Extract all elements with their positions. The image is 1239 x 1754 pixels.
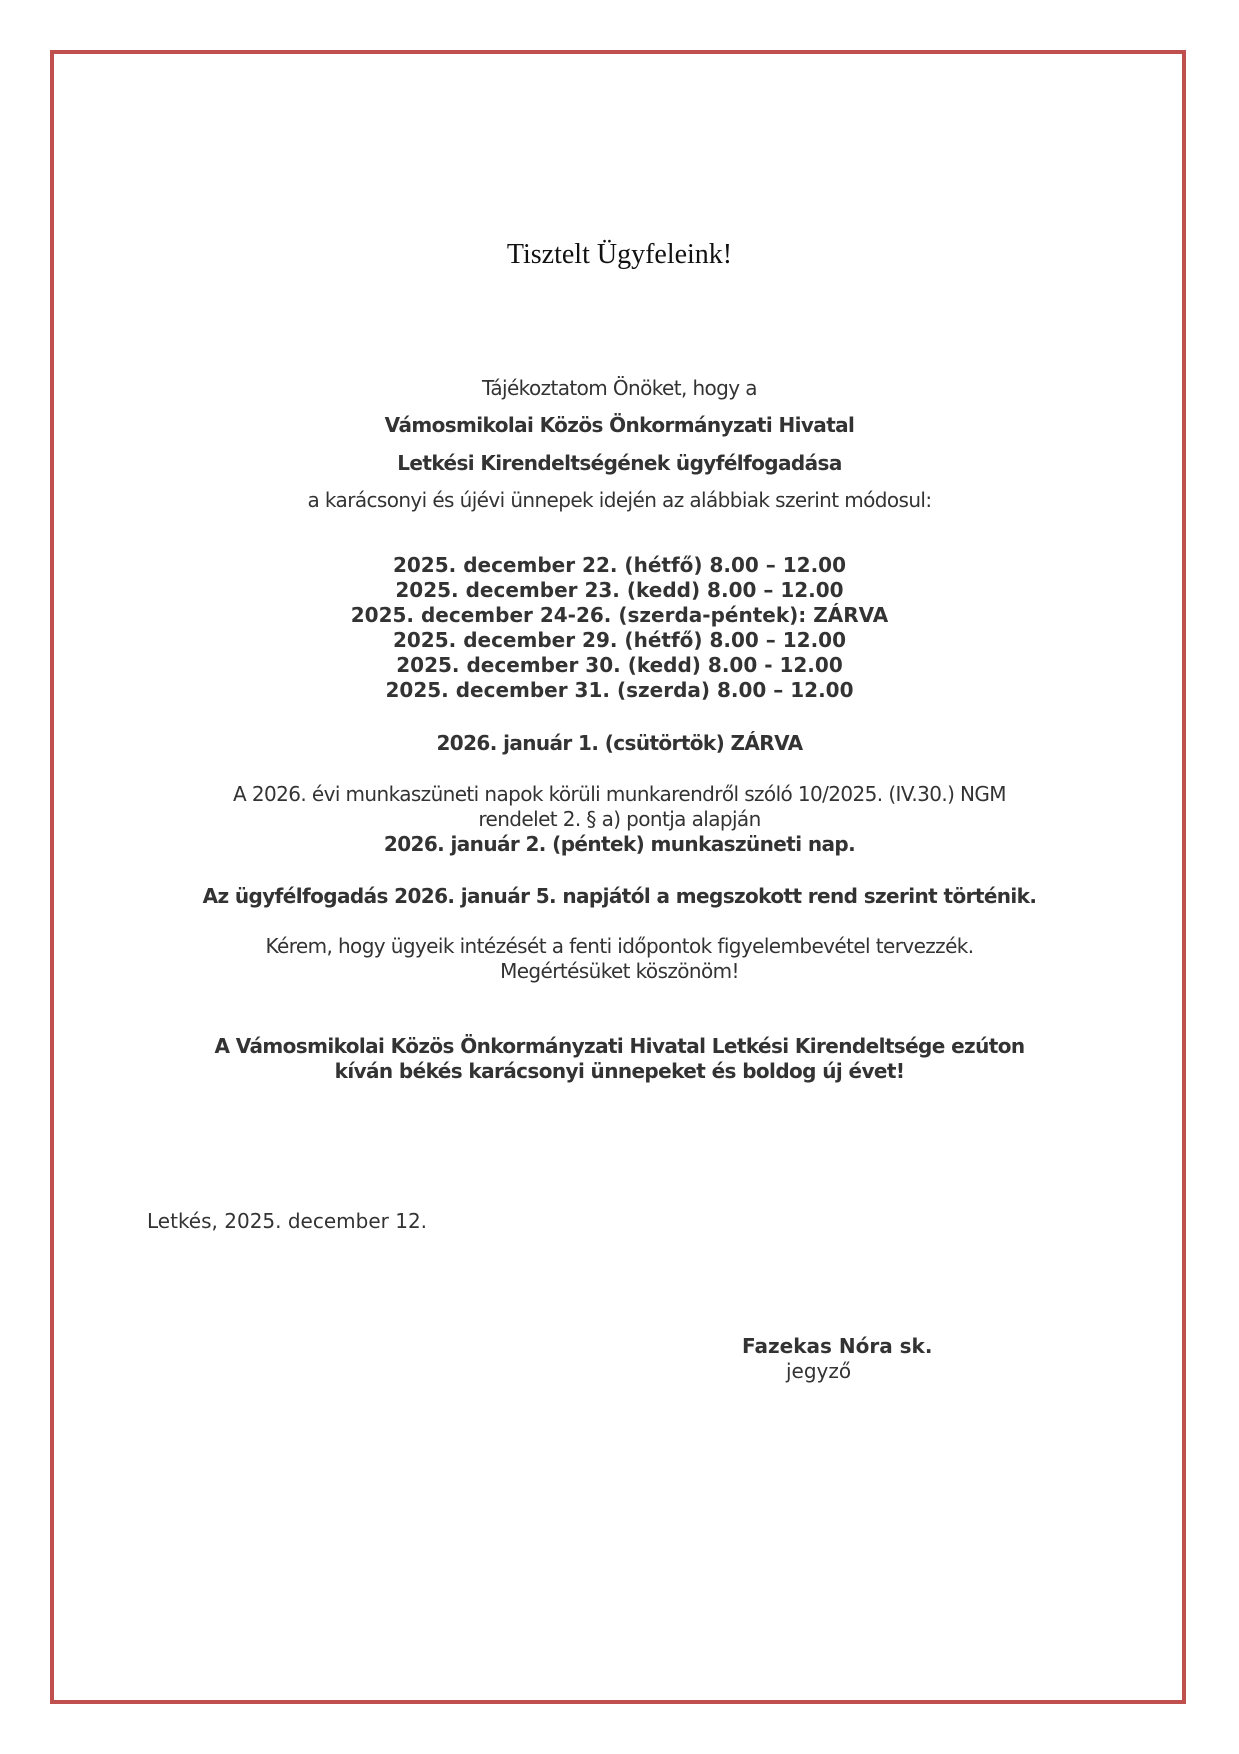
intro-branch-name: Letkési Kirendeltségének ügyfélfogadása <box>0 450 1239 476</box>
schedule-item: 2025. december 22. (hétfő) 8.00 – 12.00 <box>0 552 1239 578</box>
intro-line-1: Tájékoztatom Önöket, hogy a <box>0 375 1239 401</box>
greeting-line-2: kíván békés karácsonyi ünnepeket és bold… <box>0 1058 1239 1084</box>
schedule-item: 2025. december 29. (hétfő) 8.00 – 12.00 <box>0 627 1239 653</box>
intro-line-4: a karácsonyi és újévi ünnepek idején az … <box>0 487 1239 513</box>
intro-office-name: Vámosmikolai Közös Önkormányzati Hivatal <box>0 412 1239 438</box>
document-title: Tisztelt Ügyfeleink! <box>0 238 1239 272</box>
signature-name: Fazekas Nóra sk. <box>742 1333 932 1359</box>
signature-role: jegyző <box>786 1358 851 1384</box>
schedule-item: 2025. december 31. (szerda) 8.00 – 12.00 <box>0 677 1239 703</box>
decree-line-1: A 2026. évi munkaszüneti napok körüli mu… <box>0 781 1239 807</box>
schedule-item: 2025. december 30. (kedd) 8.00 - 12.00 <box>0 652 1239 678</box>
decree-line-2: rendelet 2. § a) pontja alapján <box>0 806 1239 832</box>
request-line-1: Kérem, hogy ügyeik intézését a fenti idő… <box>0 933 1239 959</box>
request-line-2: Megértésüket köszönöm! <box>0 958 1239 984</box>
page-border <box>50 50 1186 1704</box>
greeting-line-1: A Vámosmikolai Közös Önkormányzati Hivat… <box>0 1033 1239 1059</box>
place-date: Letkés, 2025. december 12. <box>147 1208 427 1234</box>
schedule-item: 2025. december 23. (kedd) 8.00 – 12.00 <box>0 577 1239 603</box>
schedule-item: 2025. december 24-26. (szerda-péntek): Z… <box>0 602 1239 628</box>
jan1-closed: 2026. január 1. (csütörtök) ZÁRVA <box>0 730 1239 756</box>
resume-notice: Az ügyfélfogadás 2026. január 5. napjátó… <box>0 883 1239 909</box>
decree-line-3: 2026. január 2. (péntek) munkaszüneti na… <box>0 831 1239 857</box>
